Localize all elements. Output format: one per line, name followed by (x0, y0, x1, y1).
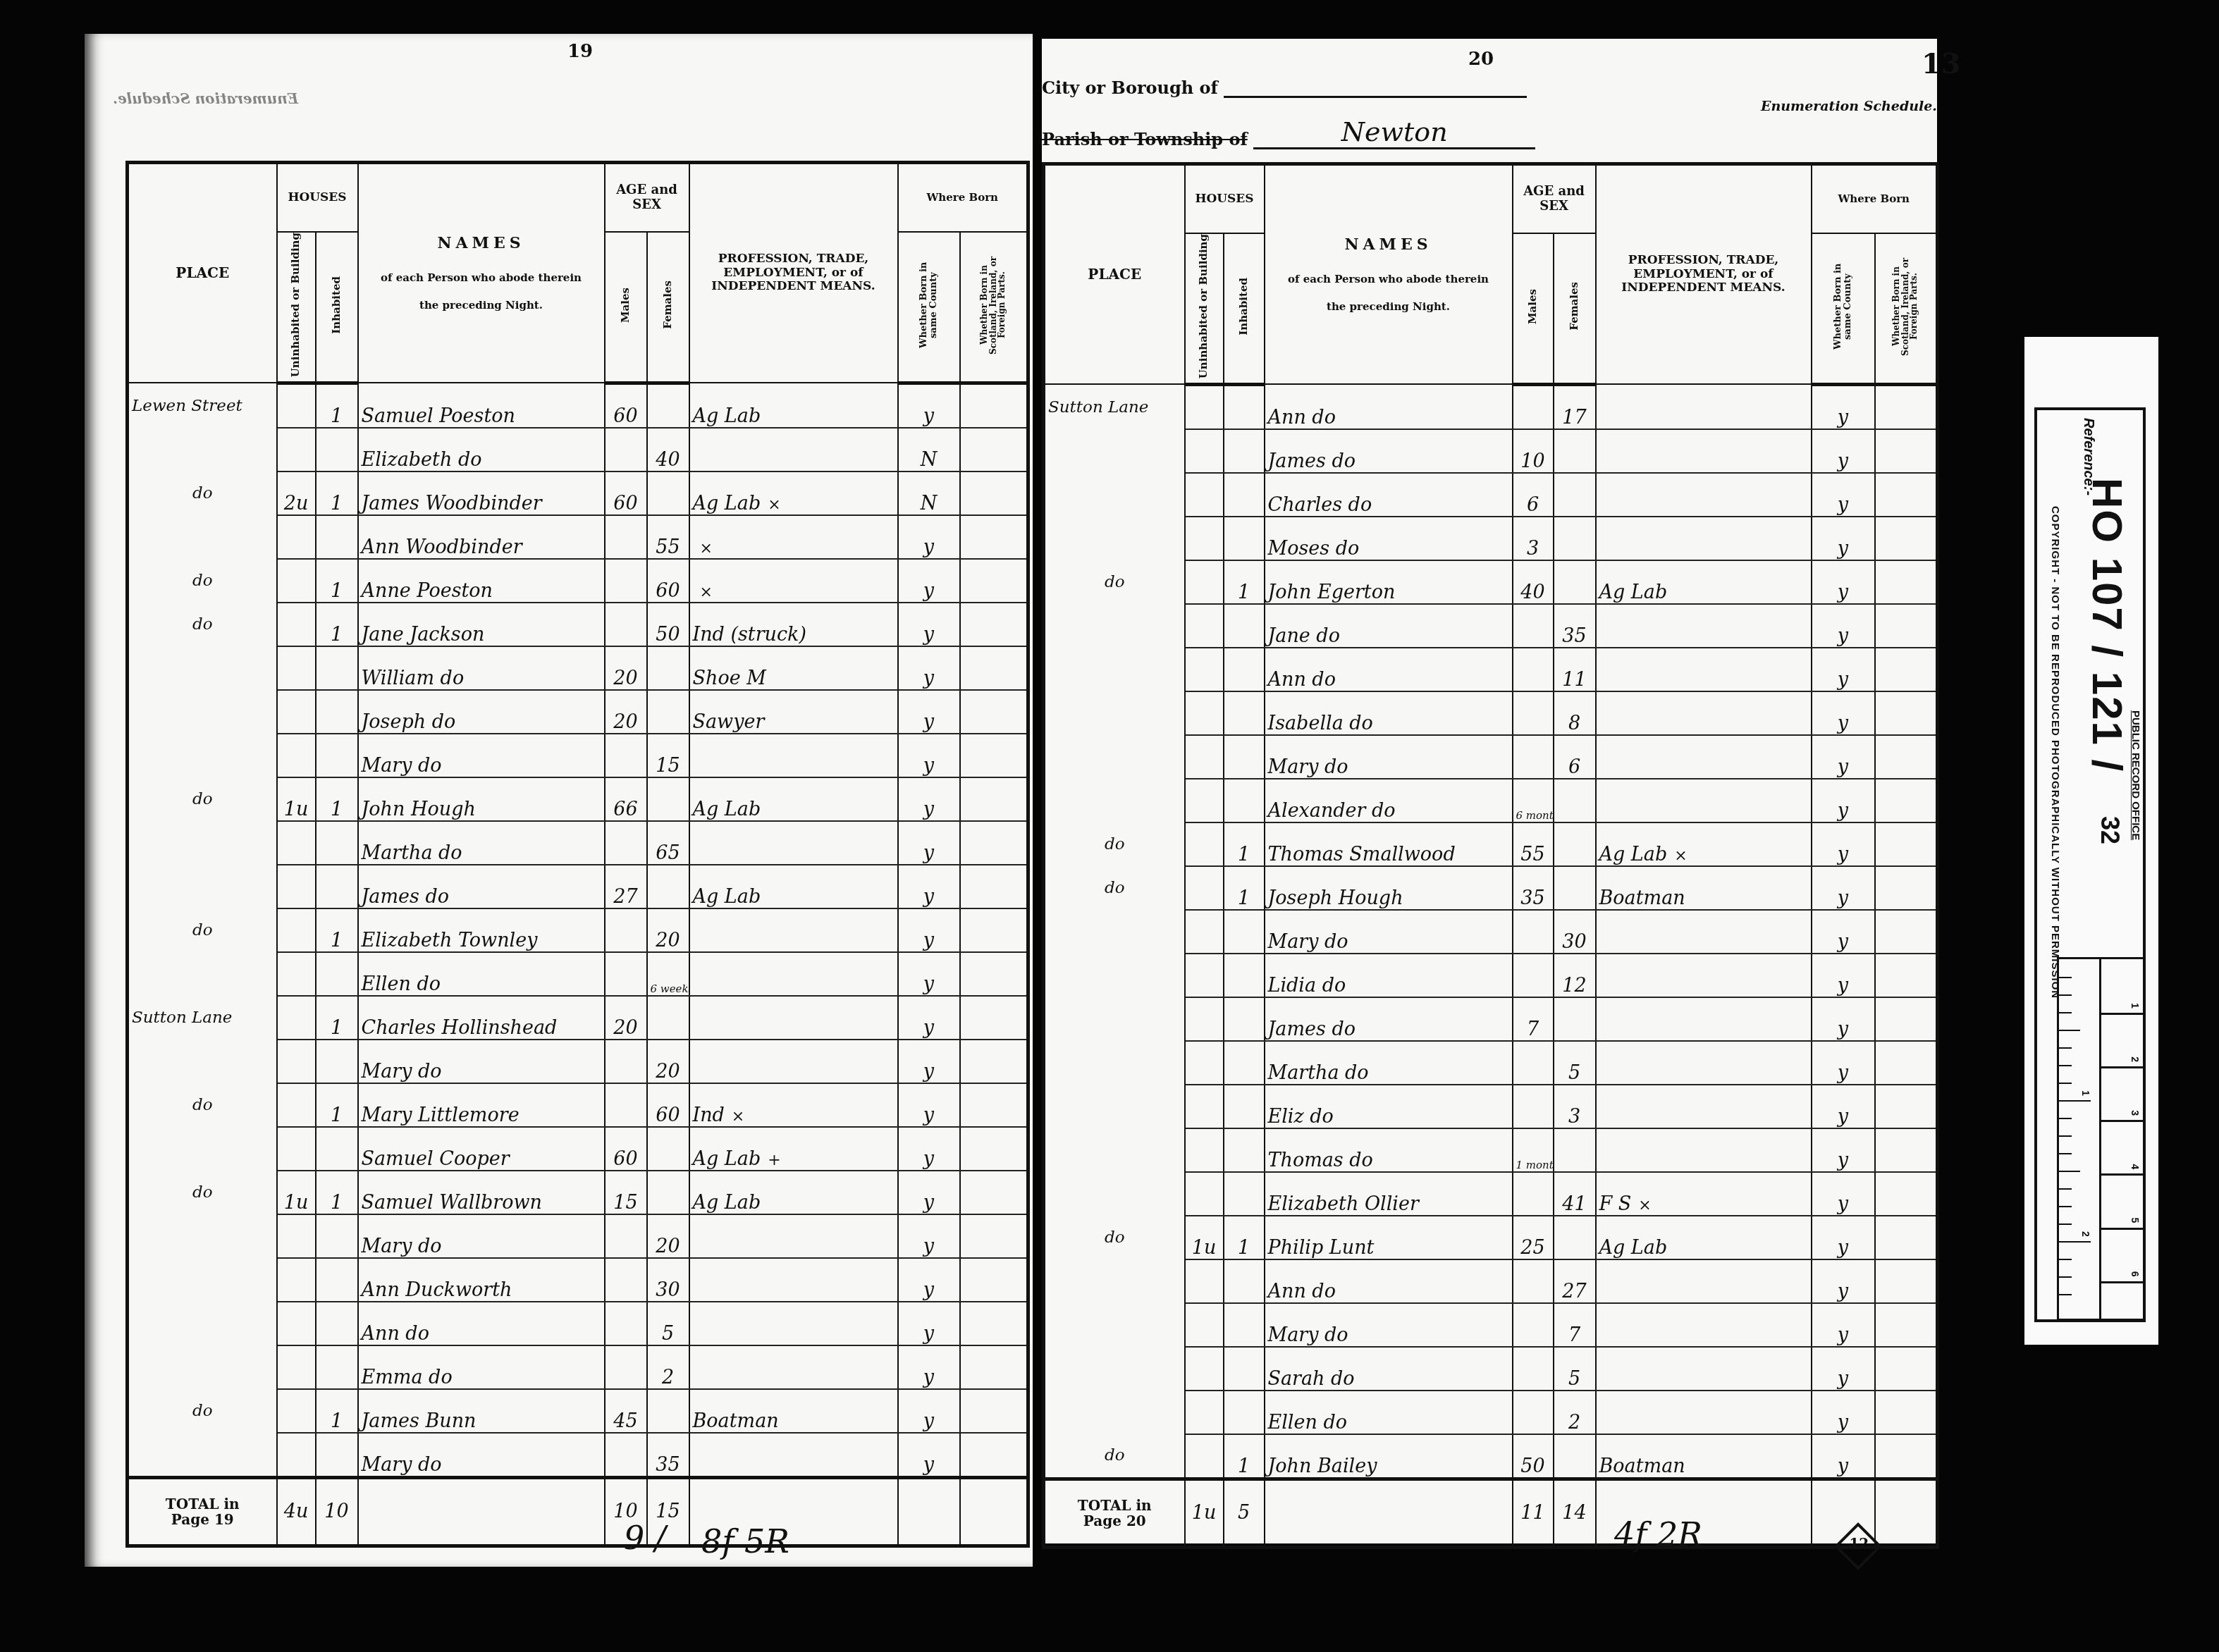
inhabited-cell: 1 (316, 1083, 358, 1127)
name-cell: Ann do (1265, 384, 1513, 429)
census-row: do1u1Samuel Wallbrown15Ag Laby (128, 1171, 1028, 1214)
female-age-cell (647, 1171, 689, 1214)
uninhabited-cell (277, 1302, 316, 1345)
same-county-cell: y (1812, 429, 1875, 473)
foreign-born-cell (1875, 910, 1938, 954)
total-county-blank (898, 1477, 960, 1546)
name-cell: James Woodbinder (358, 471, 605, 515)
header-profession: PROFESSION, TRADE, EMPLOYMENT, or of IND… (1596, 164, 1812, 385)
male-age-cell: 27 (605, 865, 647, 908)
female-age-cell: 5 (1554, 1347, 1596, 1391)
census-row: James do7y (1044, 997, 1938, 1041)
measurement-ruler: 12345612 (2057, 957, 2146, 1321)
total-foreign-blank (1875, 1479, 1938, 1547)
ruler-inch-label: 2 (2080, 1231, 2091, 1237)
uninhabited-cell (1185, 1259, 1224, 1303)
totals-label-line1: TOTAL in (132, 1496, 273, 1512)
female-age-cell: 20 (647, 1214, 689, 1258)
male-age-cell: 55 (1513, 822, 1554, 866)
ruler-cm-label: 1 (2129, 1003, 2141, 1009)
female-age-cell: 2 (647, 1345, 689, 1389)
female-age-cell (647, 646, 689, 690)
census-row: Mary do35y (128, 1433, 1028, 1478)
name-cell: Sarah do (1265, 1347, 1513, 1391)
uninhabited-cell (1185, 473, 1224, 517)
profession-cell (1596, 517, 1812, 560)
place-cell (1044, 473, 1185, 517)
same-county-cell: y (898, 1214, 960, 1258)
same-county-cell: y (1812, 1128, 1875, 1172)
foreign-born-cell (960, 1127, 1028, 1171)
name-cell: Charles Hollinshead (358, 996, 605, 1040)
inhabited-cell: 1 (1224, 1434, 1265, 1479)
inhabited-cell (1224, 429, 1265, 473)
male-age-cell (1513, 648, 1554, 691)
same-county-cell: y (1812, 517, 1875, 560)
profession-cell (1596, 384, 1812, 429)
profession-cell: Shoe M (689, 646, 898, 690)
same-county-cell: y (1812, 735, 1875, 779)
uninhabited-cell (1185, 1303, 1224, 1347)
name-cell: William do (358, 646, 605, 690)
profession-cell: Ag Lab× (1596, 822, 1812, 866)
foreign-born-cell (960, 1389, 1028, 1433)
male-age-cell: 6 (1513, 473, 1554, 517)
female-age-cell: 6 weeks (647, 952, 689, 996)
same-county-cell: y (1812, 384, 1875, 429)
female-age-cell (1554, 473, 1596, 517)
place-cell: do (128, 1083, 277, 1127)
male-age-cell (605, 952, 647, 996)
place-cell (128, 515, 277, 559)
uninhabited-cell (277, 1083, 316, 1127)
inhabited-cell (316, 952, 358, 996)
uninhabited-cell (1185, 384, 1224, 429)
male-age-cell (1513, 691, 1554, 735)
header-scotland: Whether Born in Scotland, Ireland, or Fo… (960, 232, 1028, 383)
female-age-cell: 27 (1554, 1259, 1596, 1303)
same-county-cell: y (898, 952, 960, 996)
census-row: Mary do20y (128, 1214, 1028, 1258)
total-foreign-blank (960, 1477, 1028, 1546)
same-county-cell: y (1812, 866, 1875, 910)
female-age-cell (1554, 866, 1596, 910)
male-age-cell (605, 1040, 647, 1083)
same-county-cell: y (1812, 691, 1875, 735)
inhabited-cell (1224, 954, 1265, 997)
profession-cell: Sawyer (689, 690, 898, 734)
mirrored-bleed-text: Enumeration Schedule. (113, 90, 298, 107)
inhabited-cell: 1 (316, 996, 358, 1040)
profession-cell (1596, 1259, 1812, 1303)
census-row: Martha do65y (128, 821, 1028, 865)
census-row: do1Mary Littlemore60Ind×y (128, 1083, 1028, 1127)
place-cell (1044, 1347, 1185, 1391)
tick-mark: × (725, 1108, 744, 1126)
census-row: Sutton LaneAnn do17y (1044, 384, 1938, 429)
male-age-cell (605, 1345, 647, 1389)
uninhabited-cell (1185, 560, 1224, 604)
census-row: James do10y (1044, 429, 1938, 473)
profession-text: Ag Lab (1599, 844, 1668, 865)
same-county-cell: y (898, 1040, 960, 1083)
foreign-born-cell (960, 603, 1028, 646)
names-subtitle-2: the preceding Night. (359, 300, 604, 312)
male-age-cell (605, 515, 647, 559)
place-cell (1044, 1041, 1185, 1085)
name-cell: Lidia do (1265, 954, 1513, 997)
inhabited-cell (1224, 691, 1265, 735)
place-cell: Sutton Lane (1044, 384, 1185, 429)
uninhabited-cell (1185, 954, 1224, 997)
left-page-number: 19 (567, 41, 593, 62)
foreign-born-cell (1875, 1259, 1938, 1303)
census-row: Martha do5y (1044, 1041, 1938, 1085)
male-age-cell: 20 (605, 996, 647, 1040)
female-age-cell: 35 (647, 1433, 689, 1478)
parish-township-line: Parish or Township of Newton (1042, 116, 1535, 149)
male-age-cell (1513, 1259, 1554, 1303)
name-cell: Alexander do (1265, 779, 1513, 822)
female-age-cell: 7 (1554, 1303, 1596, 1347)
foreign-born-cell (1875, 604, 1938, 648)
male-age-cell: 40 (1513, 560, 1554, 604)
uninhabited-cell (277, 952, 316, 996)
foreign-born-cell (960, 559, 1028, 603)
same-county-cell: y (898, 865, 960, 908)
name-cell: Eliz do (1265, 1085, 1513, 1128)
male-age-cell (1513, 1041, 1554, 1085)
name-cell: John Bailey (1265, 1434, 1513, 1479)
profession-cell: Boatman (689, 1389, 898, 1433)
foreign-born-cell (960, 952, 1028, 996)
female-age-cell: 30 (647, 1258, 689, 1302)
same-county-cell: y (1812, 822, 1875, 866)
uninhabited-cell (1185, 691, 1224, 735)
male-age-cell: 35 (1513, 866, 1554, 910)
place-cell (128, 1127, 277, 1171)
place-cell: do (1044, 560, 1185, 604)
name-cell: Samuel Poeston (358, 383, 605, 428)
female-age-cell: 65 (647, 821, 689, 865)
same-county-cell: y (1812, 1391, 1875, 1434)
name-cell: Mary do (1265, 735, 1513, 779)
inhabited-cell (1224, 1259, 1265, 1303)
same-county-cell: y (898, 821, 960, 865)
stamp-number: 12 (1849, 1535, 1869, 1552)
uninhabited-cell (1185, 997, 1224, 1041)
inhabited-cell (1224, 997, 1265, 1041)
place-cell (128, 1345, 277, 1389)
name-cell: Elizabeth do (358, 428, 605, 471)
same-county-cell: y (1812, 1216, 1875, 1259)
male-age-cell: 45 (605, 1389, 647, 1433)
foreign-born-cell (960, 1040, 1028, 1083)
uninhabited-cell: 1u (1185, 1216, 1224, 1259)
name-cell: Emma do (358, 1345, 605, 1389)
name-cell: Samuel Wallbrown (358, 1171, 605, 1214)
profession-cell: Ag Lab (1596, 1216, 1812, 1259)
name-cell: Jane do (1265, 604, 1513, 648)
same-county-cell: y (898, 777, 960, 821)
male-age-cell (605, 559, 647, 603)
place-cell: do (128, 1389, 277, 1433)
header-inhabited: Inhabited (1224, 233, 1265, 384)
name-cell: Thomas do (1265, 1128, 1513, 1172)
place-cell (1044, 954, 1185, 997)
same-county-cell: y (1812, 648, 1875, 691)
profession-cell (689, 734, 898, 777)
inhabited-cell: 1 (316, 908, 358, 952)
header-males: Males (1513, 233, 1554, 384)
place-cell (1044, 779, 1185, 822)
profession-cell: Ind (struck) (689, 603, 898, 646)
foreign-born-cell (960, 1345, 1028, 1389)
inhabited-cell (1224, 473, 1265, 517)
profession-cell (689, 908, 898, 952)
census-row: Emma do2y (128, 1345, 1028, 1389)
female-age-cell: 3 (1554, 1085, 1596, 1128)
census-row: Thomas do1 monthy (1044, 1128, 1938, 1172)
foreign-born-cell (1875, 779, 1938, 822)
place-cell (1044, 997, 1185, 1041)
foreign-born-cell (960, 821, 1028, 865)
inhabited-cell (1224, 735, 1265, 779)
uninhabited-cell (277, 1214, 316, 1258)
census-row: Elizabeth do40N (128, 428, 1028, 471)
place-cell (1044, 648, 1185, 691)
foreign-born-cell (960, 908, 1028, 952)
female-age-cell (1554, 1128, 1596, 1172)
uninhabited-cell (277, 1345, 316, 1389)
census-row: Alexander do6 monthy (1044, 779, 1938, 822)
uninhabited-cell (277, 996, 316, 1040)
totals-label: TOTAL inPage 19 (128, 1477, 277, 1546)
name-cell: Ann Duckworth (358, 1258, 605, 1302)
inhabited-cell: 1 (316, 603, 358, 646)
uninhabited-cell (1185, 866, 1224, 910)
copyright-notice: COPYRIGHT - NOT TO BE REPRODUCED PHOTOGR… (2049, 506, 2061, 999)
place-cell (128, 1040, 277, 1083)
tick-mark: × (693, 540, 713, 557)
foreign-born-cell (1875, 473, 1938, 517)
female-age-cell (647, 1389, 689, 1433)
header-place: PLACE (1044, 164, 1185, 385)
same-county-cell: y (898, 559, 960, 603)
census-rows-left: Lewen Street1Samuel Poeston60Ag LabyEliz… (128, 383, 1028, 1546)
profession-cell (689, 1258, 898, 1302)
tick-mark: × (693, 584, 713, 601)
name-cell: Samuel Cooper (358, 1127, 605, 1171)
inhabited-cell (316, 1258, 358, 1302)
reference-piece: 32 (2095, 816, 2125, 844)
male-age-cell (605, 1302, 647, 1345)
male-age-cell: 66 (605, 777, 647, 821)
inhabited-cell (1224, 1347, 1265, 1391)
same-county-cell: y (898, 1258, 960, 1302)
right-note-annotation: 4f 2R (1614, 1515, 1702, 1553)
inhabited-cell (316, 1433, 358, 1478)
name-cell: Charles do (1265, 473, 1513, 517)
uninhabited-cell (1185, 1041, 1224, 1085)
profession-cell (1596, 1391, 1812, 1434)
inhabited-cell (1224, 1303, 1265, 1347)
male-age-cell: 50 (1513, 1434, 1554, 1479)
same-county-cell: y (898, 646, 960, 690)
census-row: Ellen do2y (1044, 1391, 1938, 1434)
same-county-cell: y (898, 908, 960, 952)
male-age-cell: 60 (605, 471, 647, 515)
profession-cell: Ag Lab (689, 865, 898, 908)
place-cell (1044, 1128, 1185, 1172)
name-cell: Joseph do (358, 690, 605, 734)
census-row: Lewen Street1Samuel Poeston60Ag Laby (128, 383, 1028, 428)
inhabited-cell (1224, 1085, 1265, 1128)
place-cell (1044, 517, 1185, 560)
inhabited-cell (316, 690, 358, 734)
male-age-cell (605, 603, 647, 646)
same-county-cell: y (1812, 1085, 1875, 1128)
ruler-cm-label: 5 (2129, 1218, 2141, 1223)
ruler-inch-label: 1 (2080, 1090, 2091, 1096)
name-cell: Elizabeth Ollier (1265, 1172, 1513, 1216)
place-cell (128, 1302, 277, 1345)
names-subtitle-2: the preceding Night. (1265, 301, 1512, 313)
foreign-born-cell (1875, 517, 1938, 560)
inhabited-cell: 1 (1224, 822, 1265, 866)
header-inhabited: Inhabited (316, 232, 358, 383)
foreign-born-cell (960, 996, 1028, 1040)
census-row: James do27Ag Laby (128, 865, 1028, 908)
female-age-cell: 20 (647, 1040, 689, 1083)
same-county-cell: y (1812, 1172, 1875, 1216)
same-county-cell: N (898, 428, 960, 471)
census-row: Moses do3y (1044, 517, 1938, 560)
inhabited-cell: 1 (316, 383, 358, 428)
male-age-cell (1513, 910, 1554, 954)
foreign-born-cell (1875, 954, 1938, 997)
uninhabited-cell (277, 646, 316, 690)
inhabited-cell (1224, 384, 1265, 429)
profession-cell (1596, 1041, 1812, 1085)
right-page-number: 20 (1468, 49, 1494, 70)
place-cell (1044, 1303, 1185, 1347)
uninhabited-cell: 1u (277, 777, 316, 821)
inhabited-cell: 1 (316, 559, 358, 603)
same-county-cell: y (898, 1302, 960, 1345)
header-age-sex: AGE and SEX (605, 163, 689, 233)
place-cell (1044, 1085, 1185, 1128)
uninhabited-cell (1185, 1347, 1224, 1391)
male-age-cell: 60 (605, 383, 647, 428)
profession-text: Ind (693, 1104, 725, 1126)
place-cell (1044, 1391, 1185, 1434)
inhabited-cell (1224, 779, 1265, 822)
male-age-cell: 60 (605, 1127, 647, 1171)
same-county-cell: y (898, 1171, 960, 1214)
name-cell: Anne Poeston (358, 559, 605, 603)
same-county-cell: y (1812, 954, 1875, 997)
tick-mark: × (1631, 1197, 1651, 1214)
name-cell: Martha do (1265, 1041, 1513, 1085)
census-row: do1Thomas Smallwood55Ag Lab×y (1044, 822, 1938, 866)
female-age-cell: 20 (647, 908, 689, 952)
census-row: do1u1John Hough66Ag Laby (128, 777, 1028, 821)
census-row: Sutton Lane1Charles Hollinshead20y (128, 996, 1028, 1040)
census-row: Samuel Cooper60Ag Lab+y (128, 1127, 1028, 1171)
name-cell: Ellen do (358, 952, 605, 996)
foreign-born-cell (1875, 384, 1938, 429)
foreign-born-cell (1875, 1216, 1938, 1259)
female-age-cell (1554, 560, 1596, 604)
census-row: do2u1James Woodbinder60Ag Lab×N (128, 471, 1028, 515)
inhabited-cell (1224, 1172, 1265, 1216)
same-county-cell: y (1812, 1347, 1875, 1391)
male-age-cell (605, 908, 647, 952)
profession-cell (1596, 429, 1812, 473)
profession-cell: Boatman (1596, 1434, 1812, 1479)
place-cell (128, 646, 277, 690)
same-county-cell: y (1812, 560, 1875, 604)
uninhabited-cell (1185, 822, 1224, 866)
tick-mark: × (761, 496, 780, 514)
header-same-county: Whether Born in same County (898, 232, 960, 383)
census-row: Isabella do8y (1044, 691, 1938, 735)
place-cell (1044, 691, 1185, 735)
foreign-born-cell (1875, 822, 1938, 866)
name-cell: Mary do (358, 1433, 605, 1478)
header-scotland: Whether Born in Scotland, Ireland, or Fo… (1875, 233, 1938, 384)
uninhabited-cell (277, 1040, 316, 1083)
place-cell: do (1044, 822, 1185, 866)
male-age-cell: 20 (605, 646, 647, 690)
profession-cell (689, 952, 898, 996)
same-county-cell: y (1812, 473, 1875, 517)
name-cell: Ann do (358, 1302, 605, 1345)
foreign-born-cell (1875, 1303, 1938, 1347)
total-males: 11 (1513, 1479, 1554, 1547)
same-county-cell: y (1812, 910, 1875, 954)
female-age-cell (647, 690, 689, 734)
header-names: NAMES of each Person who abode therein t… (1265, 164, 1513, 385)
same-county-cell: y (898, 603, 960, 646)
profession-cell: Ag Lab (1596, 560, 1812, 604)
place-cell (1044, 735, 1185, 779)
foreign-born-cell (1875, 1391, 1938, 1434)
uninhabited-cell (1185, 429, 1224, 473)
census-row: do1Elizabeth Townley20y (128, 908, 1028, 952)
uninhabited-cell (277, 515, 316, 559)
uninhabited-cell (277, 603, 316, 646)
profession-cell: Ag Lab× (689, 471, 898, 515)
total-inhabited: 10 (316, 1477, 358, 1546)
female-age-cell: 30 (1554, 910, 1596, 954)
census-row: do1James Bunn45Boatmany (128, 1389, 1028, 1433)
profession-cell (689, 1214, 898, 1258)
same-county-cell: y (1812, 1434, 1875, 1479)
male-age-cell (1513, 1085, 1554, 1128)
female-age-cell: 17 (1554, 384, 1596, 429)
place-cell: do (128, 471, 277, 515)
same-county-cell: y (1812, 604, 1875, 648)
inhabited-cell (316, 821, 358, 865)
uninhabited-cell (1185, 1085, 1224, 1128)
profession-cell (689, 1345, 898, 1389)
foreign-born-cell (960, 471, 1028, 515)
female-age-cell (1554, 822, 1596, 866)
uninhabited-cell (277, 908, 316, 952)
header-profession: PROFESSION, TRADE, EMPLOYMENT, or of IND… (689, 163, 898, 383)
